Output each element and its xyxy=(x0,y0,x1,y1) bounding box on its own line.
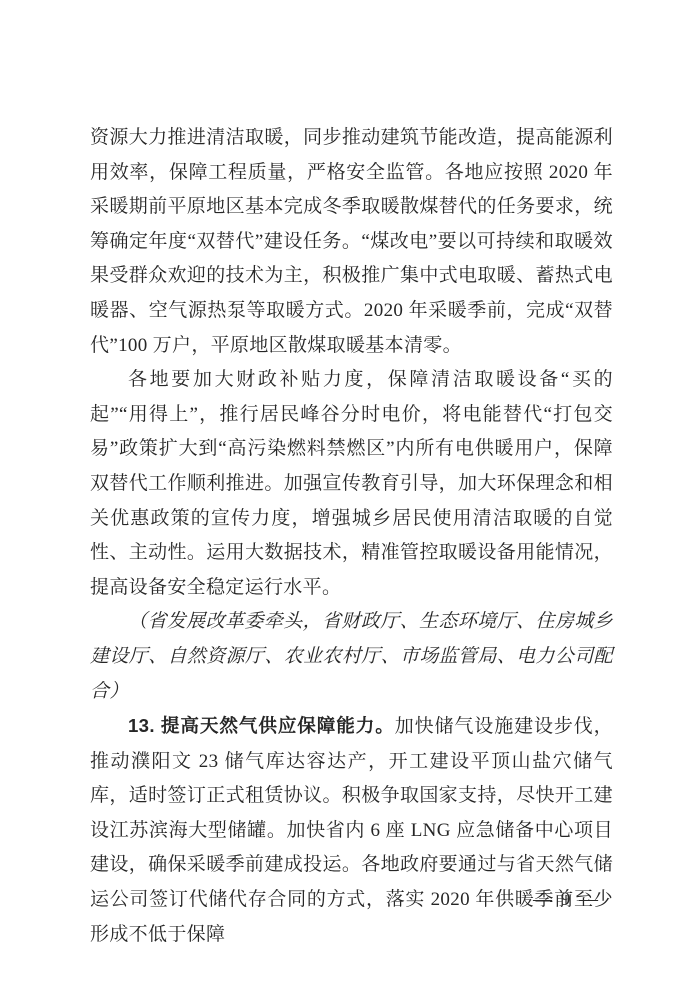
body-paragraph-responsible-departments: （省发展改革委牵头，省财政厅、生态环境厅、住房城乡建设厅、自然资源厅、农业农村厅… xyxy=(90,605,613,709)
item-13-heading: 13. 提高天然气供应保障能力。 xyxy=(128,715,395,736)
body-paragraph-continuation: 资源大力推进清洁取暖，同步推动建筑节能改造，提高能源利用效率，保障工程质量，严格… xyxy=(90,121,613,363)
body-paragraph-subsidy-policy: 各地要加大财政补贴力度，保障清洁取暖设备“买的起”“用得上”，推行居民峰谷分时电… xyxy=(90,363,613,605)
document-page: 资源大力推进清洁取暖，同步推动建筑节能改造，提高能源利用效率，保障工程质量，严格… xyxy=(0,0,700,989)
page-number: — 9 — xyxy=(533,889,600,911)
body-paragraph-item-13: 13. 提高天然气供应保障能力。加快储气设施建设步伐，推动濮阳文 23 储气库达… xyxy=(90,709,613,952)
body-text-column: 资源大力推进清洁取暖，同步推动建筑节能改造，提高能源利用效率，保障工程质量，严格… xyxy=(90,121,613,952)
